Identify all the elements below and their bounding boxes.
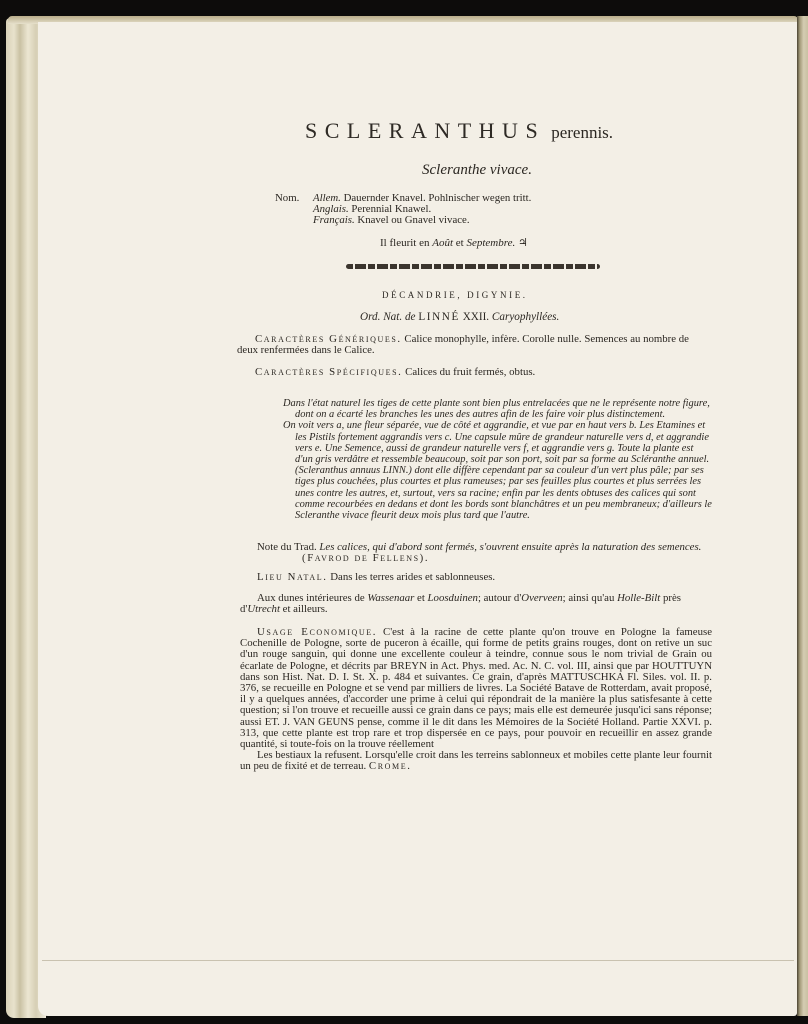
specific-characters: Caractères Spécifiques. Calices du fruit… [255,367,715,378]
nom-label: Nom. [275,193,313,204]
locality-text: ; autour d' [478,592,521,604]
locality-text: ; ainsi qu'au [563,592,615,604]
section-heading: Usage Economique. [257,626,377,638]
common-names: Nom.Allem. Dauernder Knavel. Pohlnischer… [275,193,531,226]
observation-paragraph: Dans l'état naturel les tiges de cette p… [283,398,713,420]
usage-text: C'est à la racine de cette plante qu'on … [240,626,712,750]
name-text: Knavel ou Gnavel vivace. [357,214,469,226]
species-name: perennis. [551,123,613,142]
note-label: Note du Trad. [257,541,317,553]
book-spine [797,16,808,1016]
place-name: Holle-Bilt [617,592,660,604]
locality-text: et ailleurs. [283,603,328,615]
native-habitat: Lieu Natal. Dans les terres arides et sa… [257,572,712,583]
section-heading: Caractères Spécifiques. [255,366,402,378]
translator-note: Note du Trad. Les calices, qui d'abord s… [257,542,712,564]
note-text: Les calices, qui d'abord sont fermés, s'… [319,541,701,553]
genus-name: SCLERANTHUS [305,118,545,143]
economic-use: Usage Economique. C'est à la racine de c… [240,627,712,773]
note-author: (Favrod de Fellens). [302,552,429,564]
note-paragraph: Note du Trad. Les calices, qui d'abord s… [257,542,712,564]
section-heading: Lieu Natal. [257,571,328,583]
order-author: LINNÉ [418,311,460,323]
page-title: SCLERANTHUS perennis. [305,118,613,144]
name-row-francais: Français. Knavel ou Gnavel vivace. [275,215,531,226]
place-name: Overveen [521,592,562,604]
page-fold-line [42,960,794,961]
place-name: Wassenaar [367,592,414,604]
flowering-period: Il fleurit en Août et Septembre. ♃ [380,236,528,249]
perennial-symbol-icon: ♃ [518,237,528,249]
natural-order: Ord. Nat. de LINNÉ XXII. Caryophyllées. [360,311,559,323]
flowering-conj: et [456,237,464,249]
place-name: Utrecht [247,603,280,615]
locality-text: Aux dunes intérieures de [257,592,365,604]
section-text: Calices du fruit fermés, obtus. [405,366,535,378]
usage-author: Crome. [369,760,412,772]
french-name: Scleranthe vivace. [422,162,532,179]
generic-characters: Caractères Génériques. Calice monophylle… [237,334,710,356]
usage-paragraph: Les bestiaux la refusent. Lorsqu'elle cr… [240,750,712,772]
observations: Dans l'état naturel les tiges de cette p… [283,398,713,521]
ornamental-divider [346,264,600,269]
localities: Aux dunes intérieures de Wassenaar et Lo… [240,593,712,615]
usage-paragraph: Usage Economique. C'est à la racine de c… [240,627,712,750]
locality-text: et [417,592,425,604]
section-text: Dans les terres arides et sablonneuses. [330,571,495,583]
linnaean-class: DÉCANDRIE, DIGYNIE. [382,290,528,300]
month-september: Septembre. [466,237,515,249]
place-name: Loosduinen [428,592,478,604]
usage-text: Les bestiaux la refusent. Lorsqu'elle cr… [240,749,712,772]
observation-paragraph: On voit vers a, une fleur séparée, vue d… [283,420,713,521]
order-number: XXII. [463,311,489,323]
lang-label: Français. [313,214,355,226]
order-family: Caryophyllées. [492,311,559,323]
order-prefix: Ord. Nat. de [360,311,416,323]
month-august: Août [432,237,453,249]
section-heading: Caractères Génériques. [255,333,402,345]
flowering-prefix: Il fleurit en [380,237,429,249]
